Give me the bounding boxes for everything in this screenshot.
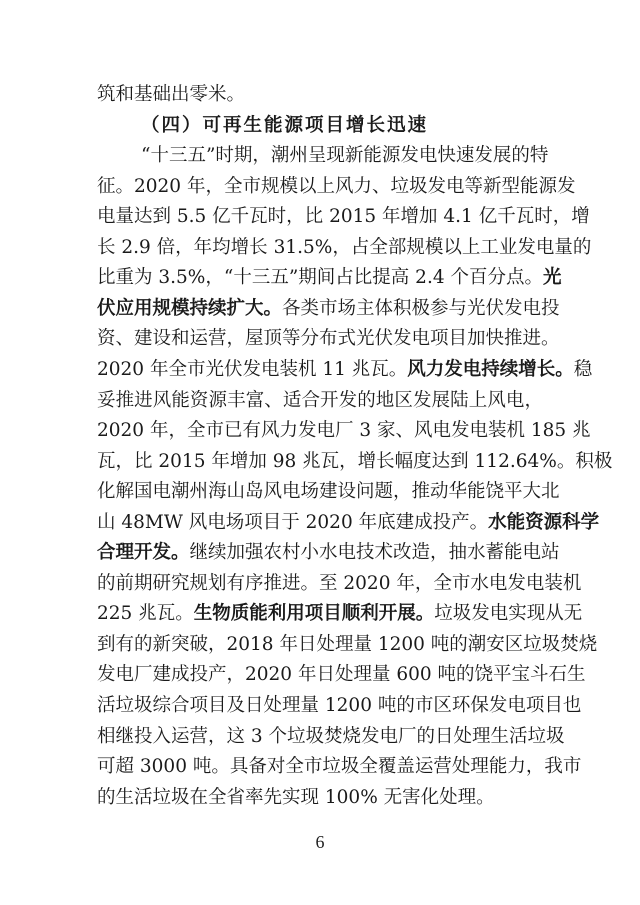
text-line: 2020 年全市光伏发电装机 11 兆瓦。风力发电持续增长。稳 — [97, 355, 543, 385]
document-page: 筑和基础出零米。（四）可再生能源项目增长迅速“十三五”时期，潮州呈现新能源发电快… — [0, 0, 640, 905]
text-line: 妥推进风能资源丰富、适合开发的地区发展陆上风电， — [97, 386, 543, 416]
text-segment: 山 48MW 风电场项目于 2020 年底建成投产。 — [97, 512, 488, 533]
text-segment: 稳 — [574, 359, 593, 380]
text-segment: 可超 3000 吨。具备对全市垃圾全覆盖运营处理能力，我市 — [97, 756, 581, 777]
text-segment: 相继投入运营，这 3 个垃圾焚烧发电厂的日处理生活垃圾 — [97, 726, 565, 747]
text-line: 225 兆瓦。生物质能利用项目顺利开展。垃圾发电实现从无 — [97, 599, 543, 629]
text-segment: 长 2.9 倍，年均增长 31.5%，占全部规模以上工业发电量的 — [97, 237, 591, 258]
text-segment: 2020 年全市光伏发电装机 11 兆瓦。 — [97, 359, 407, 380]
text-line: 活垃圾综合项目及日处理量 1200 吨的市区环保发电项目也 — [97, 691, 543, 721]
text-segment: “十三五”时期，潮州呈现新能源发电快速发展的特 — [141, 145, 548, 166]
text-line: 伏应用规模持续扩大。各类市场主体积极参与光伏发电投 — [97, 294, 543, 324]
text-segment: 垃圾发电实现从无 — [434, 603, 582, 624]
text-line: “十三五”时期，潮州呈现新能源发电快速发展的特 — [141, 141, 543, 171]
text-line: 相继投入运营，这 3 个垃圾焚烧发电厂的日处理生活垃圾 — [97, 722, 543, 752]
text-line: 发电厂建成投产，2020 年日处理量 600 吨的饶平宝斗石生 — [97, 660, 543, 690]
text-segment: 瓦，比 2015 年增加 98 兆瓦，增长幅度达到 112.64%。积极 — [97, 451, 612, 472]
text-segment: 比重为 3.5%，“十三五”期间占比提高 2.4 个百分点。 — [97, 267, 543, 288]
section-heading: （四）可再生能源项目增长迅速 — [141, 111, 543, 141]
text-segment: 化解国电潮州海山岛风电场建设问题，推动华能饶平大北 — [97, 481, 560, 502]
text-segment: 电量达到 5.5 亿千瓦时，比 2015 年增加 4.1 亿千瓦时，增 — [97, 206, 590, 227]
text-line: 筑和基础出零米。 — [97, 80, 543, 110]
text-line: 山 48MW 风电场项目于 2020 年底建成投产。水能资源科学 — [97, 508, 543, 538]
text-line: 长 2.9 倍，年均增长 31.5%，占全部规模以上工业发电量的 — [97, 233, 543, 263]
text-segment: 发电厂建成投产，2020 年日处理量 600 吨的饶平宝斗石生 — [97, 664, 586, 685]
bold-phrase: 伏应用规模持续扩大。 — [97, 298, 282, 319]
bold-phrase: 合理开发。 — [97, 542, 190, 563]
bold-phrase: 风力发电持续增长。 — [407, 359, 574, 380]
bold-phrase: （四）可再生能源项目增长迅速 — [141, 115, 428, 136]
text-segment: 资、建设和运营，屋顶等分布式光伏发电项目加快推进。 — [97, 328, 560, 349]
text-segment: 的生活垃圾在全省率先实现 100% 无害化处理。 — [97, 787, 495, 808]
text-segment: 妥推进风能资源丰富、适合开发的地区发展陆上风电， — [97, 390, 543, 411]
text-segment: 的前期研究规划有序推进。至 2020 年，全市水电发电装机 — [97, 573, 581, 594]
text-segment: 各类市场主体积极参与光伏发电投 — [282, 298, 560, 319]
text-segment: 到有的新突破，2018 年日处理量 1200 吨的潮安区垃圾焚烧 — [97, 634, 597, 655]
text-line: 电量达到 5.5 亿千瓦时，比 2015 年增加 4.1 亿千瓦时，增 — [97, 202, 543, 232]
text-segment: 活垃圾综合项目及日处理量 1200 吨的市区环保发电项目也 — [97, 695, 581, 716]
text-line: 化解国电潮州海山岛风电场建设问题，推动华能饶平大北 — [97, 477, 543, 507]
text-line: 比重为 3.5%，“十三五”期间占比提高 2.4 个百分点。光 — [97, 263, 543, 293]
bold-phrase: 光 — [543, 267, 562, 288]
text-line: 的前期研究规划有序推进。至 2020 年，全市水电发电装机 — [97, 569, 543, 599]
text-segment: 225 兆瓦。 — [97, 603, 194, 624]
text-line: 征。2020 年，全市规模以上风力、垃圾发电等新型能源发 — [97, 172, 543, 202]
text-segment: 2020 年，全市已有风力发电厂 3 家、风电发电装机 185 兆 — [97, 420, 591, 441]
text-line: 的生活垃圾在全省率先实现 100% 无害化处理。 — [97, 783, 543, 813]
text-line: 可超 3000 吨。具备对全市垃圾全覆盖运营处理能力，我市 — [97, 752, 543, 782]
text-line: 到有的新突破，2018 年日处理量 1200 吨的潮安区垃圾焚烧 — [97, 630, 543, 660]
text-segment: 征。2020 年，全市规模以上风力、垃圾发电等新型能源发 — [97, 176, 575, 197]
page-number: 6 — [0, 832, 640, 853]
text-line: 2020 年，全市已有风力发电厂 3 家、风电发电装机 185 兆 — [97, 416, 543, 446]
text-line: 资、建设和运营，屋顶等分布式光伏发电项目加快推进。 — [97, 324, 543, 354]
text-line: 瓦，比 2015 年增加 98 兆瓦，增长幅度达到 112.64%。积极 — [97, 447, 543, 477]
text-line: 合理开发。继续加强农村小水电技术改造，抽水蓄能电站 — [97, 538, 543, 568]
text-segment: 筑和基础出零米。 — [97, 84, 245, 105]
bold-phrase: 水能资源科学 — [488, 512, 599, 533]
text-segment: 继续加强农村小水电技术改造，抽水蓄能电站 — [190, 542, 560, 563]
bold-phrase: 生物质能利用项目顺利开展。 — [194, 603, 435, 624]
